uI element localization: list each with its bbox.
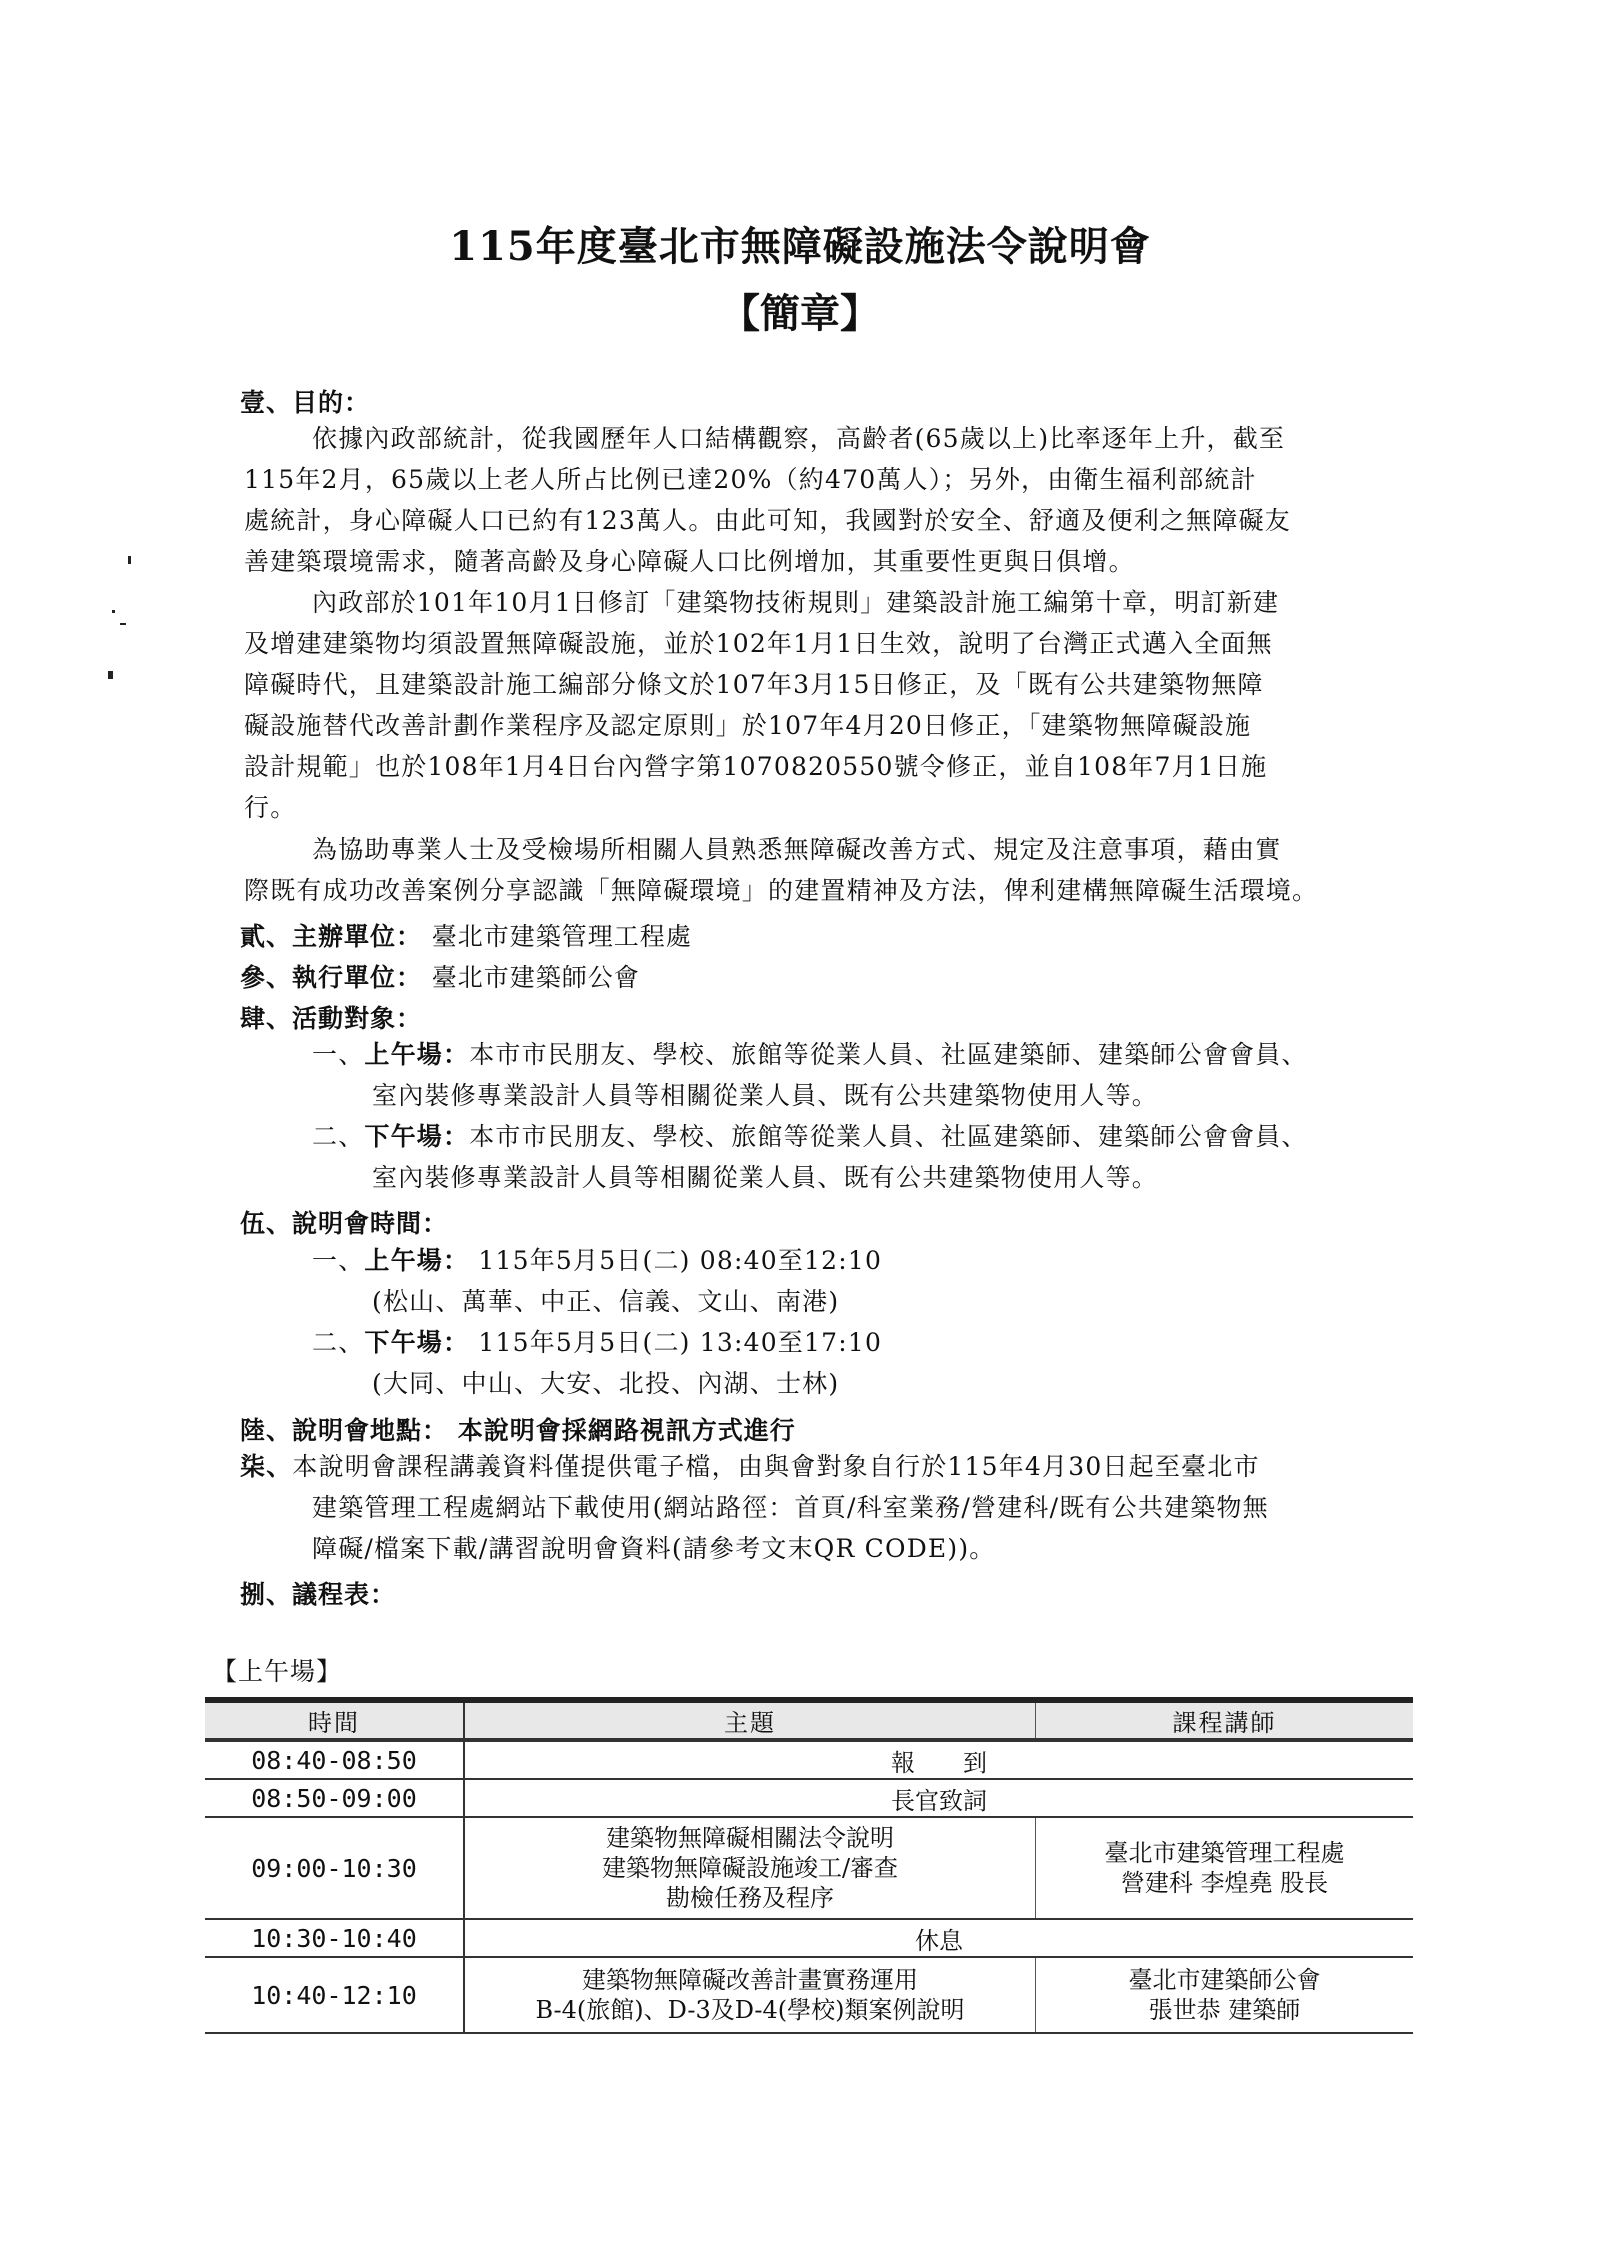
audience-text: 室內裝修專業設計人員等相關從業人員、既有公共建築物使用人等。: [372, 1081, 1158, 1111]
topic-cell: 建築物無障礙相關法令說明 建築物無障礙設施竣工/審查 勘檢任務及程序: [464, 1817, 1036, 1919]
time-cell: 08:40-08:50: [205, 1740, 464, 1779]
schedule-label: 下午場：: [364, 1328, 469, 1357]
topic-line: 建築物無障礙改善計畫實務運用: [465, 1965, 1035, 1995]
topic-line: 勘檢任務及程序: [465, 1883, 1035, 1913]
schedule-time: 115年5月5日(二) 13:40至17:10: [478, 1328, 882, 1357]
paragraph-line: 設計規範」也於108年1月4日台內營字第1070820550號令修正，並自108…: [244, 752, 1267, 782]
topic-line: 建築物無障礙相關法令說明: [465, 1823, 1035, 1853]
audience-text: 本市市民朋友、學校、旅館等從業人員、社區建築師、建築師公會會員、: [469, 1122, 1307, 1151]
materials-text: 建築管理工程處網站下載使用(網站路徑：首頁/科室業務/營建科/既有公共建築物無: [312, 1493, 1269, 1523]
audience-text: 本市市民朋友、學校、旅館等從業人員、社區建築師、建築師公會會員、: [469, 1040, 1307, 1069]
paragraph-line: 為協助專業人士及受檢場所相關人員熟悉無障礙改善方式、規定及注意事項，藉由實: [312, 835, 1281, 865]
audience-text: 室內裝修專業設計人員等相關從業人員、既有公共建築物使用人等。: [372, 1163, 1158, 1193]
speaker-cell: 臺北市建築管理工程處 營建科 李煌堯 股長: [1036, 1817, 1414, 1919]
time-cell: 10:30-10:40: [205, 1919, 464, 1957]
audience-label: 上午場：: [364, 1040, 469, 1069]
paragraph-line: 善建築環境需求，隨著高齡及身心障礙人口比例增加，其重要性更與日俱增。: [244, 547, 1135, 577]
audience-item-afternoon: 二、下午場：本市市民朋友、學校、旅館等從業人員、社區建築師、建築師公會會員、: [312, 1122, 1308, 1152]
section-materials: 柒、本說明會課程講義資料僅提供電子檔，由與會對象自行於115年4月30日起至臺北…: [240, 1452, 1260, 1482]
materials-text: 本說明會課程講義資料僅提供電子檔，由與會對象自行於115年4月30日起至臺北市: [292, 1452, 1259, 1481]
session-label: 【上午場】: [212, 1652, 342, 1688]
list-prefix: 一、: [312, 1040, 364, 1069]
section-heading-agenda: 捌、議程表：: [240, 1575, 396, 1611]
column-header-topic: 主題: [464, 1700, 1036, 1740]
paragraph-line: 及增建建築物均須設置無障礙設施，並於102年1月1日生效，說明了台灣正式邁入全面…: [244, 629, 1273, 659]
topic-line: B-4(旅館)、D-3及D-4(學校)類案例說明: [465, 1995, 1035, 2025]
schedule-item-morning: 一、上午場： 115年5月5日(二) 08:40至12:10: [312, 1246, 882, 1276]
scan-speck: [120, 623, 126, 625]
speaker-line: 臺北市建築管理工程處: [1036, 1838, 1413, 1868]
column-header-time: 時間: [205, 1700, 464, 1740]
section-venue: 陸、說明會地點： 本說明會採網路視訊方式進行: [240, 1411, 796, 1447]
speaker-line: 臺北市建築師公會: [1036, 1965, 1413, 1995]
table-row: 10:30-10:40 休息: [205, 1919, 1413, 1957]
schedule-time: 115年5月5日(二) 08:40至12:10: [478, 1246, 882, 1275]
section-heading-schedule: 伍、說明會時間：: [240, 1204, 448, 1240]
speaker-cell: 臺北市建築師公會 張世恭 建築師: [1036, 1957, 1414, 2033]
scan-speck: [128, 556, 131, 564]
speaker-line: 張世恭 建築師: [1036, 1995, 1413, 2025]
agenda-header-row: 時間 主題 課程講師: [205, 1700, 1413, 1740]
time-cell: 09:00-10:30: [205, 1817, 464, 1919]
topic-cell: 建築物無障礙改善計畫實務運用 B-4(旅館)、D-3及D-4(學校)類案例說明: [464, 1957, 1036, 2033]
section-heading-venue: 陸、說明會地點：: [240, 1416, 448, 1445]
paragraph-line: 115年2月，65歲以上老人所占比例已達20%（約470萬人）；另外，由衛生福利…: [244, 465, 1257, 495]
section-heading-organizer: 貳、主辦單位：: [240, 922, 422, 951]
paragraph-line: 際既有成功改善案例分享認識「無障礙環境」的建置精神及方法，俾利建構無障礙生活環境…: [244, 876, 1318, 906]
table-row: 08:50-09:00 長官致詞: [205, 1779, 1413, 1817]
venue-value: 本說明會採網路視訊方式進行: [458, 1416, 796, 1445]
audience-item-morning: 一、上午場：本市市民朋友、學校、旅館等從業人員、社區建築師、建築師公會會員、: [312, 1040, 1308, 1070]
list-prefix: 一、: [312, 1246, 364, 1275]
section-heading-purpose: 壹、目的：: [240, 383, 370, 419]
audience-label: 下午場：: [364, 1122, 469, 1151]
executor-value: 臺北市建築師公會: [432, 963, 640, 992]
agenda-table: 時間 主題 課程講師 08:40-08:50 報 到 08:50-09:00 長…: [205, 1697, 1413, 2034]
section-heading-audience: 肆、活動對象：: [240, 999, 422, 1035]
scan-speck: [112, 610, 115, 613]
organizer-value: 臺北市建築管理工程處: [432, 922, 692, 951]
table-row: 09:00-10:30 建築物無障礙相關法令說明 建築物無障礙設施竣工/審查 勘…: [205, 1817, 1413, 1919]
list-prefix: 二、: [312, 1328, 364, 1357]
document-subtitle: 【簡章】: [0, 282, 1600, 339]
paragraph-line: 行。: [244, 793, 296, 823]
paragraph-line: 依據內政部統計，從我國歷年人口結構觀察，高齡者(65歲以上)比率逐年上升，截至: [312, 424, 1285, 454]
topic-cell: 長官致詞: [464, 1779, 1413, 1817]
column-header-speaker: 課程講師: [1036, 1700, 1414, 1740]
materials-text: 障礙/檔案下載/講習說明會資料(請參考文末QR CODE))。: [312, 1534, 996, 1564]
section-organizer: 貳、主辦單位： 臺北市建築管理工程處: [240, 917, 692, 953]
time-cell: 08:50-09:00: [205, 1779, 464, 1817]
speaker-line: 營建科 李煌堯 股長: [1036, 1868, 1413, 1898]
topic-cell: 休息: [464, 1919, 1413, 1957]
section-heading-executor: 參、執行單位：: [240, 963, 422, 992]
paragraph-line: 障礙時代，且建築設計施工編部分條文於107年3月15日修正，及「既有公共建築物無…: [244, 670, 1264, 700]
section-executor: 參、執行單位： 臺北市建築師公會: [240, 958, 640, 994]
paragraph-line: 礙設施替代改善計劃作業程序及認定原則」於107年4月20日修正，「建築物無障礙設…: [244, 711, 1251, 741]
time-cell: 10:40-12:10: [205, 1957, 464, 2033]
schedule-item-afternoon: 二、下午場： 115年5月5日(二) 13:40至17:10: [312, 1328, 882, 1358]
topic-cell: 報 到: [464, 1740, 1413, 1779]
table-row: 08:40-08:50 報 到: [205, 1740, 1413, 1779]
table-row: 10:40-12:10 建築物無障礙改善計畫實務運用 B-4(旅館)、D-3及D…: [205, 1957, 1413, 2033]
section-heading-materials: 柒、: [240, 1452, 292, 1481]
schedule-districts: (松山、萬華、中正、信義、文山、南港): [372, 1287, 839, 1317]
paragraph-line: 處統計，身心障礙人口已約有123萬人。由此可知，我國對於安全、舒適及便利之無障礙…: [244, 506, 1291, 536]
scan-speck: [108, 671, 113, 679]
document-page: 115年度臺北市無障礙設施法令說明會 【簡章】 壹、目的： 依據內政部統計，從我…: [0, 0, 1600, 2262]
paragraph-line: 內政部於101年10月1日修訂「建築物技術規則」建築設計施工編第十章，明訂新建: [312, 588, 1279, 618]
list-prefix: 二、: [312, 1122, 364, 1151]
schedule-label: 上午場：: [364, 1246, 469, 1275]
document-title: 115年度臺北市無障礙設施法令說明會: [0, 215, 1600, 272]
schedule-districts: (大同、中山、大安、北投、內湖、士林): [372, 1369, 839, 1399]
topic-line: 建築物無障礙設施竣工/審查: [465, 1853, 1035, 1883]
